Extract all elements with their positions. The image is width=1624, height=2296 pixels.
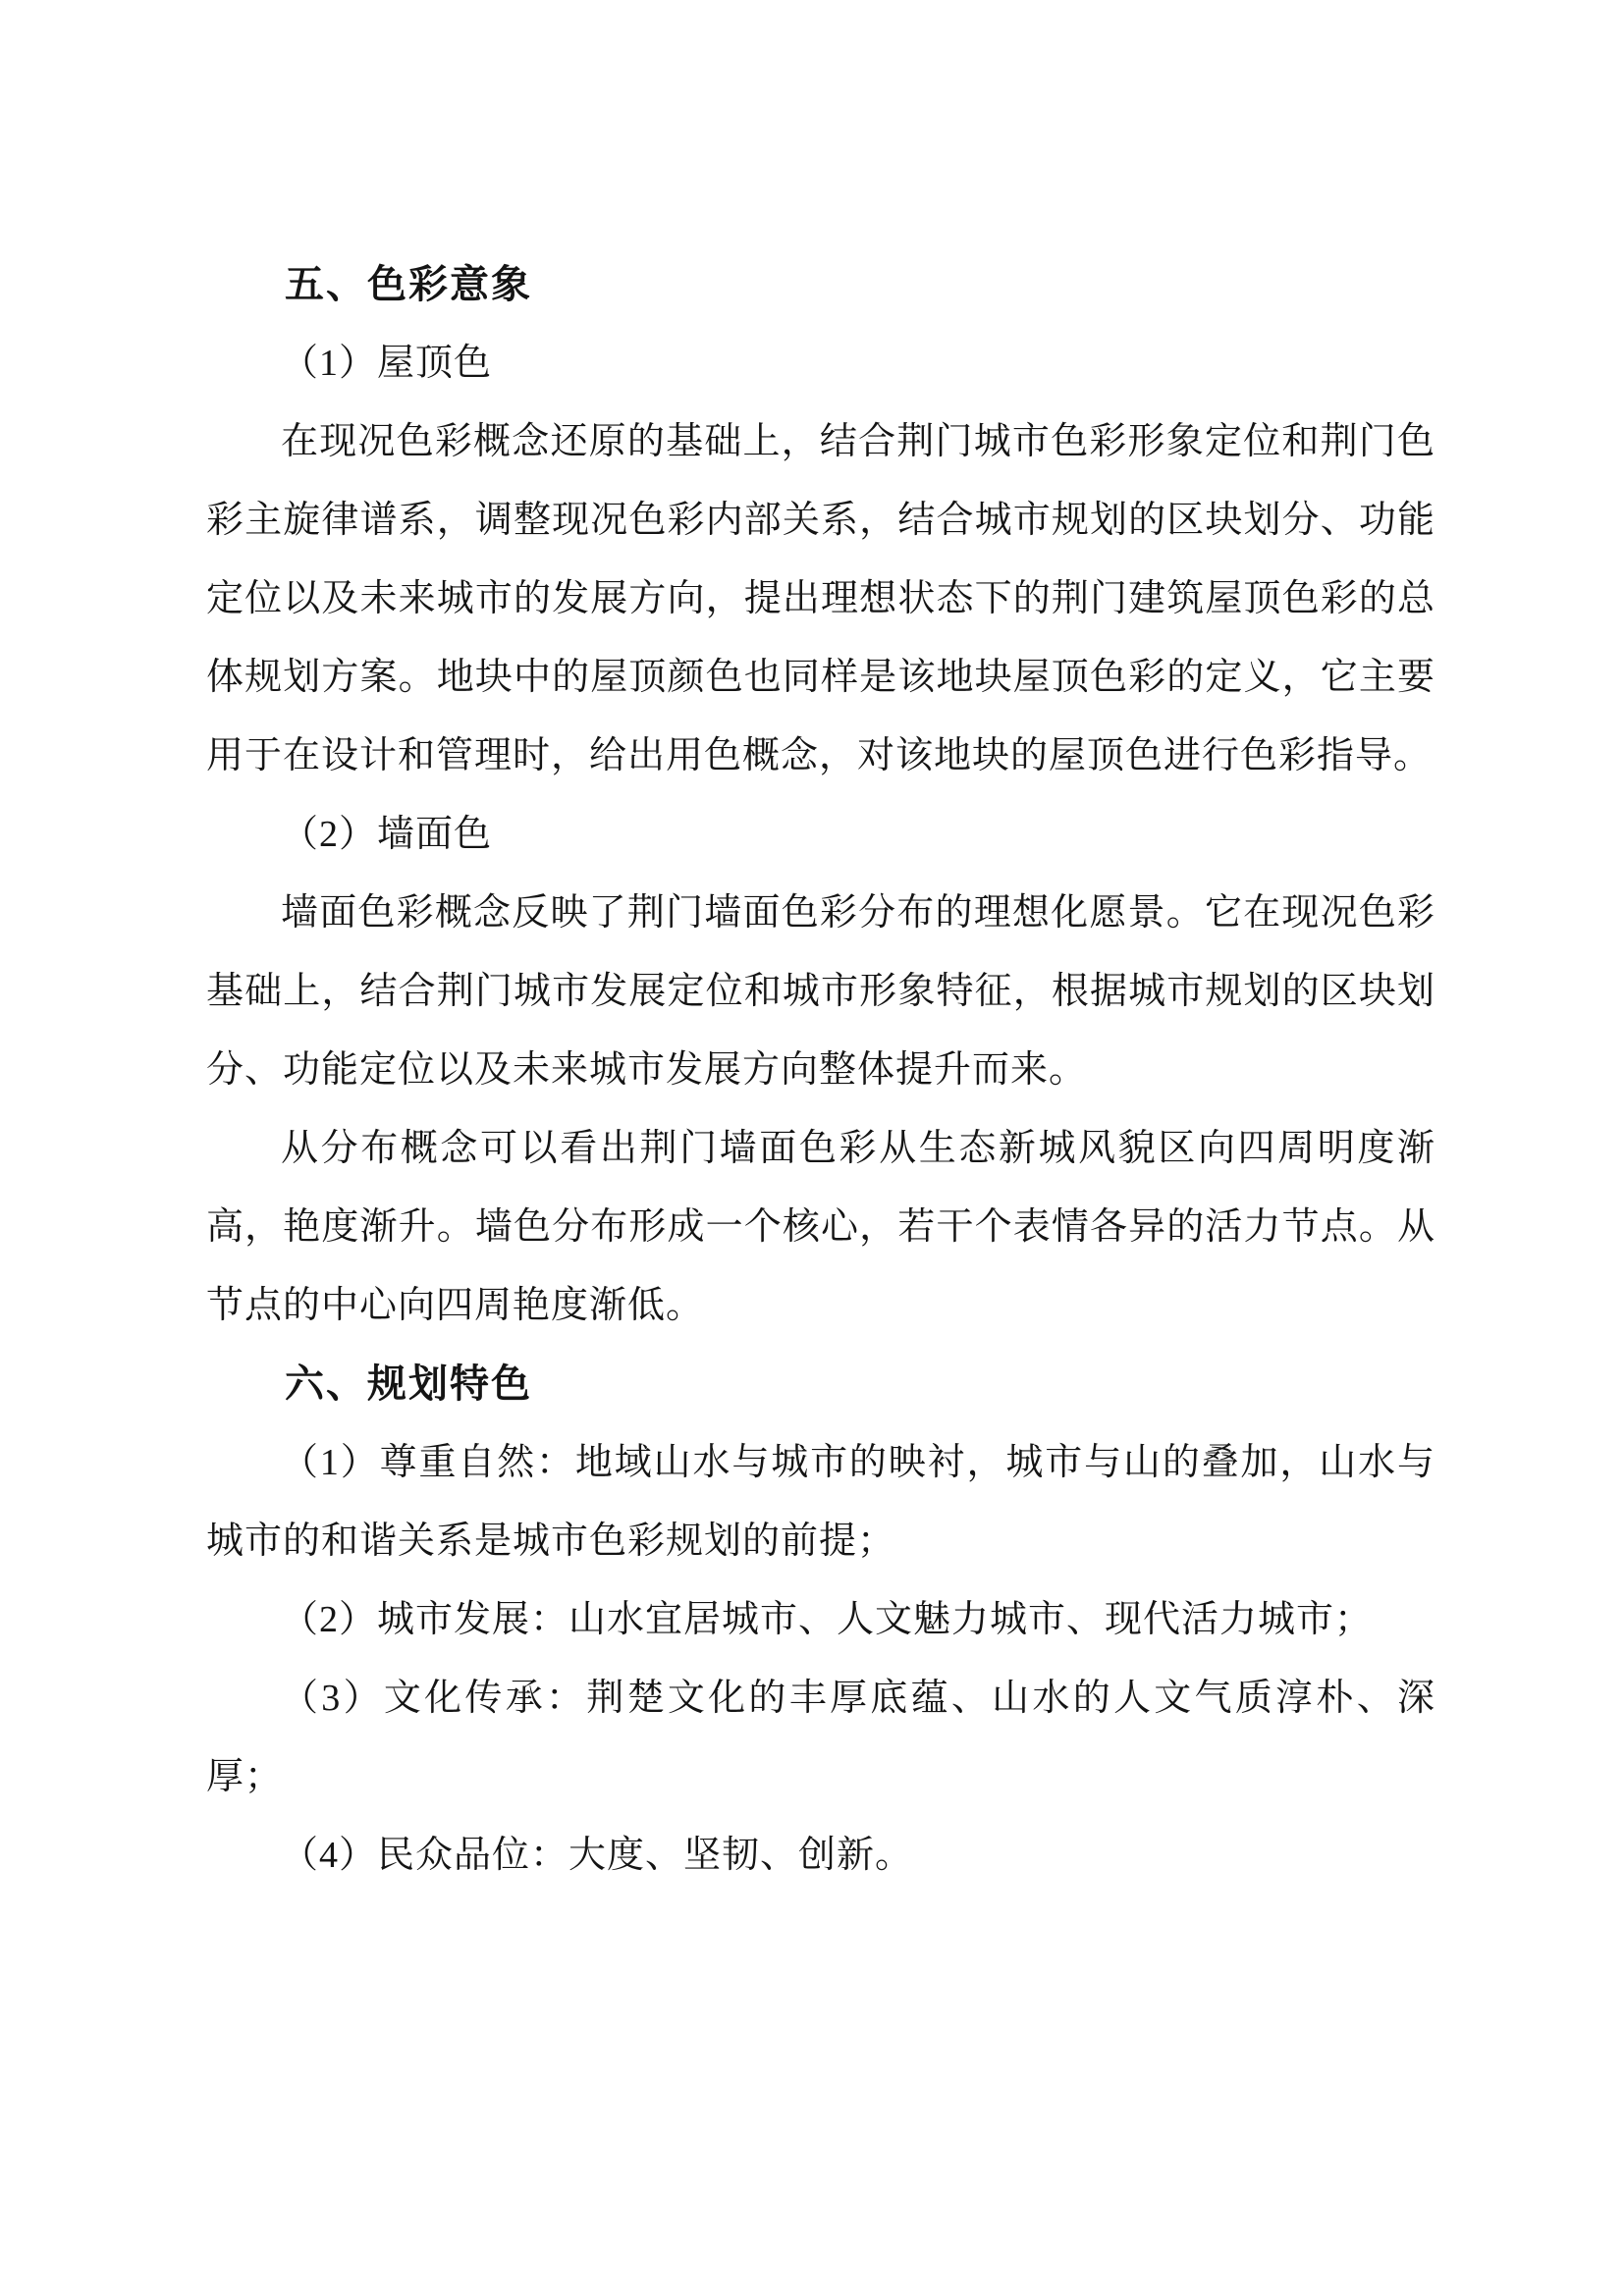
section-5-item-1-label: （1）屋顶色	[206, 324, 1435, 402]
document-page: 五、色彩意象 （1）屋顶色 在现况色彩概念还原的基础上，结合荆门城市色彩形象定位…	[0, 0, 1624, 2296]
wall-color-paragraph-2: 从分布概念可以看出荆门墙面色彩从生态新城风貌区向四周明度渐高，艳度渐升。墙色分布…	[206, 1109, 1435, 1345]
feature-item-city-development: （2）城市发展：山水宜居城市、人文魅力城市、现代活力城市；	[206, 1580, 1435, 1659]
section-5-heading: 五、色彩意象	[206, 245, 1435, 324]
document-content: 五、色彩意象 （1）屋顶色 在现况色彩概念还原的基础上，结合荆门城市色彩形象定位…	[206, 245, 1435, 1895]
feature-item-culture-heritage: （3）文化传承：荆楚文化的丰厚底蕴、山水的人文气质淳朴、深厚；	[206, 1659, 1435, 1816]
feature-item-public-taste: （4）民众品位：大度、坚韧、创新。	[206, 1816, 1435, 1895]
feature-item-respect-nature: （1）尊重自然：地域山水与城市的映衬，城市与山的叠加，山水与城市的和谐关系是城市…	[206, 1423, 1435, 1580]
roof-color-paragraph: 在现况色彩概念还原的基础上，结合荆门城市色彩形象定位和荆门色彩主旋律谱系，调整现…	[206, 402, 1435, 795]
wall-color-paragraph-1: 墙面色彩概念反映了荆门墙面色彩分布的理想化愿景。它在现况色彩基础上，结合荆门城市…	[206, 874, 1435, 1109]
section-6-heading: 六、规划特色	[206, 1345, 1435, 1423]
section-5-item-2-label: （2）墙面色	[206, 795, 1435, 874]
